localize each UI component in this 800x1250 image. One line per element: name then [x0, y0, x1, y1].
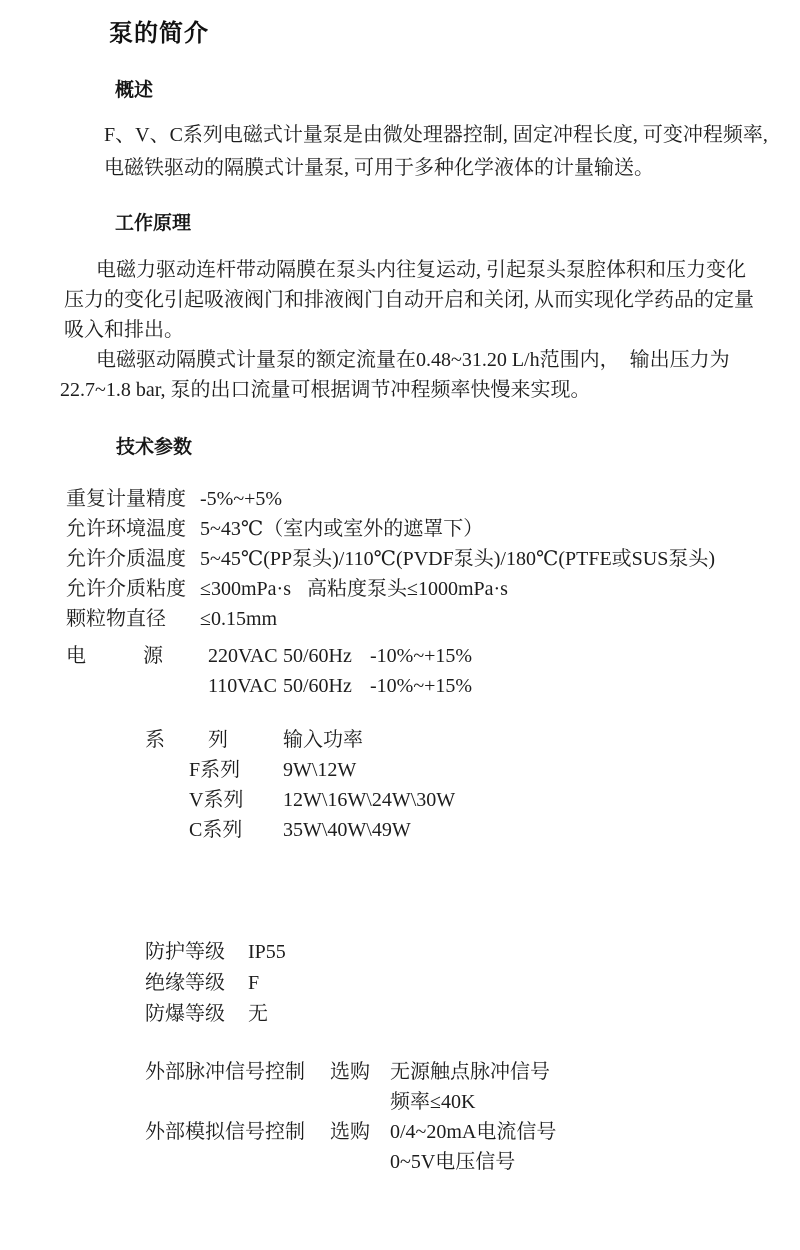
section-heading-specs: 技术参数 — [116, 436, 192, 460]
section-heading-principle: 工作原理 — [115, 212, 191, 236]
principle-paragraph: 电磁力驱动连杆带动隔膜在泵头内往复运动, 引起泵头泵腔体积和压力变化 压力的变化… — [64, 255, 754, 405]
spec-label: 允许环境温度 — [66, 514, 200, 544]
rating-label: 绝缘等级 — [145, 968, 248, 999]
spec-value: 5~43℃（室内或室外的遮罩下） — [200, 514, 483, 544]
series-power-table: 系列 输入功率 F系列 9W\12W V系列 12W\16W\24W\30W C… — [145, 725, 455, 845]
external-value: 频率≤40K — [390, 1087, 475, 1117]
column-spacer — [66, 671, 208, 701]
external-control-list: 外部脉冲信号控制 选购 无源触点脉冲信号 频率≤40K 外部模拟信号控制 选购 … — [145, 1057, 556, 1177]
spec-label: 允许介质粘度 — [66, 574, 200, 604]
column-spacer — [145, 1147, 330, 1177]
column-spacer — [145, 1087, 330, 1117]
spec-label-power: 电源 — [66, 641, 208, 671]
text-line: 压力的变化引起吸液阀门和排液阀门自动开启和关闭, 从而实现化学药品的定量 — [64, 285, 754, 315]
text-line: 电磁力驱动连杆带动隔膜在泵头内往复运动, 引起泵头泵腔体积和压力变化 — [64, 255, 754, 285]
rating-row-explosion: 防爆等级 无 — [145, 999, 286, 1030]
external-value: 无源触点脉冲信号 — [390, 1057, 550, 1087]
rating-value: F — [248, 968, 259, 999]
rating-label: 防护等级 — [145, 937, 248, 968]
power-tolerance: -10%~+15% — [370, 641, 472, 671]
series-header-label: 系列 — [145, 725, 283, 755]
spec-row-accuracy: 重复计量精度 -5%~+5% — [66, 484, 715, 514]
series-table-header: 系列 输入功率 — [145, 725, 455, 755]
spec-row-viscosity: 允许介质粘度 ≤300mPa·s 高粘度泵头≤1000mPa·s — [66, 574, 715, 604]
rating-label: 防爆等级 — [145, 999, 248, 1030]
external-row-analog-voltage: 0~5V电压信号 — [145, 1147, 556, 1177]
series-name: F系列 — [145, 755, 283, 785]
power-row-220v: 电源 220VAC 50/60Hz -10%~+15% — [66, 641, 472, 671]
spec-value: ≤300mPa·s — [200, 574, 291, 604]
external-row-analog: 外部模拟信号控制 选购 0/4~20mA电流信号 — [145, 1117, 556, 1147]
external-row-pulse-freq: 频率≤40K — [145, 1087, 556, 1117]
power-row-110v: 110VAC 50/60Hz -10%~+15% — [66, 671, 472, 701]
external-option: 选购 — [330, 1117, 390, 1147]
spec-label: 允许介质温度 — [66, 544, 200, 574]
external-label: 外部模拟信号控制 — [145, 1117, 330, 1147]
series-row-v: V系列 12W\16W\24W\30W — [145, 785, 455, 815]
page-title: 泵的简介 — [109, 19, 209, 49]
spec-value: -5%~+5% — [200, 484, 282, 514]
external-row-pulse: 外部脉冲信号控制 选购 无源触点脉冲信号 — [145, 1057, 556, 1087]
column-spacer — [330, 1147, 390, 1177]
series-row-c: C系列 35W\40W\49W — [145, 815, 455, 845]
series-header-power: 输入功率 — [283, 725, 363, 755]
spec-label: 颗粒物直径 — [66, 604, 200, 634]
spec-value: ≤0.15mm — [200, 604, 277, 634]
ratings-list: 防护等级 IP55 绝缘等级 F 防爆等级 无 — [145, 937, 286, 1030]
spec-row-particle-size: 颗粒物直径 ≤0.15mm — [66, 604, 715, 634]
column-spacer — [330, 1087, 390, 1117]
power-frequency: 50/60Hz — [283, 671, 370, 701]
specs-table: 重复计量精度 -5%~+5% 允许环境温度 5~43℃（室内或室外的遮罩下） 允… — [66, 484, 715, 634]
series-power-value: 12W\16W\24W\30W — [283, 785, 455, 815]
spec-value-secondary: 高粘度泵头≤1000mPa·s — [307, 574, 508, 604]
power-supply-rows: 电源 220VAC 50/60Hz -10%~+15% 110VAC 50/60… — [66, 641, 472, 701]
text-line: F、V、C系列电磁式计量泵是由微处理器控制, 固定冲程长度, 可变冲程频率, — [104, 119, 768, 152]
power-voltage: 110VAC — [208, 671, 283, 701]
spec-value: 5~45℃(PP泵头)/110℃(PVDF泵头)/180℃(PTFE或SUS泵头… — [200, 544, 715, 574]
external-value: 0~5V电压信号 — [390, 1147, 515, 1177]
rating-row-insulation: 绝缘等级 F — [145, 968, 286, 999]
series-power-value: 9W\12W — [283, 755, 356, 785]
text-line: 电磁铁驱动的隔膜式计量泵, 可用于多种化学液体的计量输送。 — [104, 152, 768, 185]
external-option: 选购 — [330, 1057, 390, 1087]
text-line: 22.7~1.8 bar, 泵的出口流量可根据调节冲程频率快慢来实现。 — [60, 375, 754, 405]
series-name: C系列 — [145, 815, 283, 845]
text-line: 吸入和排出。 — [64, 315, 754, 345]
external-label: 外部脉冲信号控制 — [145, 1057, 330, 1087]
spec-row-ambient-temp: 允许环境温度 5~43℃（室内或室外的遮罩下） — [66, 514, 715, 544]
series-row-f: F系列 9W\12W — [145, 755, 455, 785]
power-tolerance: -10%~+15% — [370, 671, 472, 701]
rating-row-protection: 防护等级 IP55 — [145, 937, 286, 968]
spec-label: 重复计量精度 — [66, 484, 200, 514]
power-voltage: 220VAC — [208, 641, 283, 671]
section-heading-overview: 概述 — [115, 79, 153, 103]
series-power-value: 35W\40W\49W — [283, 815, 411, 845]
power-frequency: 50/60Hz — [283, 641, 370, 671]
document-page: 泵的简介 概述 F、V、C系列电磁式计量泵是由微处理器控制, 固定冲程长度, 可… — [0, 0, 800, 1250]
external-value: 0/4~20mA电流信号 — [390, 1117, 556, 1147]
text-line: 电磁驱动隔膜式计量泵的额定流量在0.48~31.20 L/h范围内， 输出压力为 — [64, 345, 754, 375]
series-name: V系列 — [145, 785, 283, 815]
rating-value: 无 — [248, 999, 268, 1030]
overview-paragraph: F、V、C系列电磁式计量泵是由微处理器控制, 固定冲程长度, 可变冲程频率, 电… — [104, 119, 768, 185]
rating-value: IP55 — [248, 937, 286, 968]
spec-row-media-temp: 允许介质温度 5~45℃(PP泵头)/110℃(PVDF泵头)/180℃(PTF… — [66, 544, 715, 574]
